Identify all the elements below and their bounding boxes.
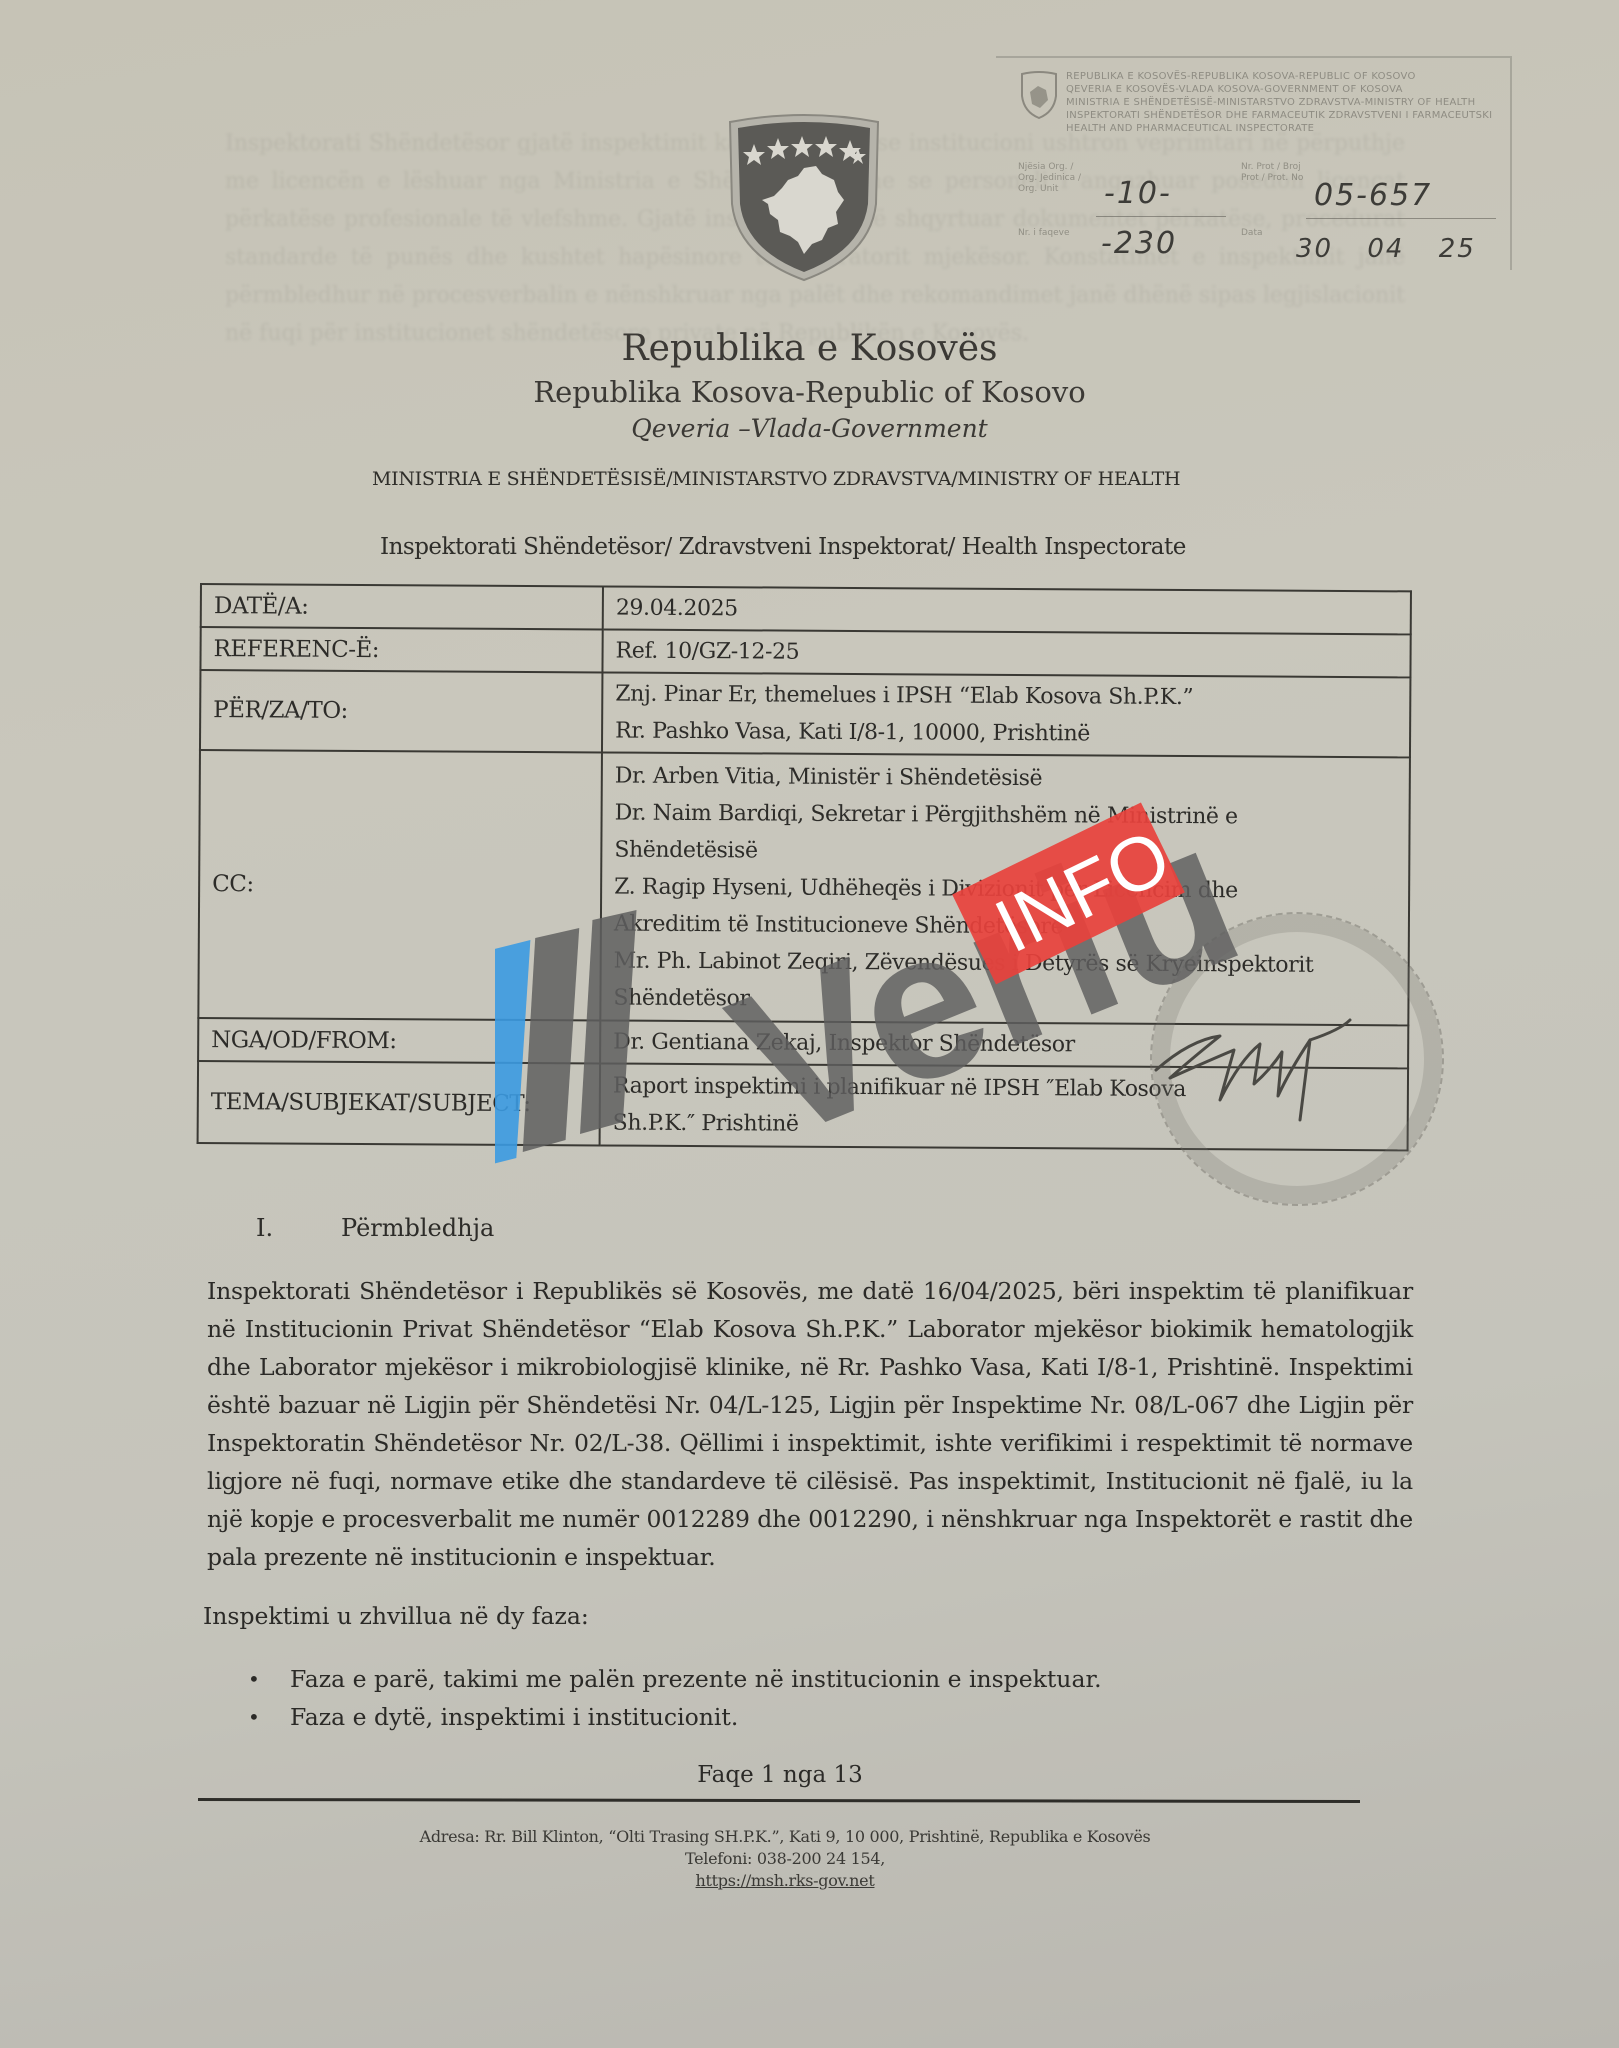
- label-pages: Nr. i faqeve: [1018, 228, 1070, 239]
- to-line: Rr. Pashko Vasa, Kati I/8-1, 10000, Pris…: [615, 713, 1397, 755]
- handwritten-pages: -230: [1101, 226, 1177, 261]
- list-item: Faza e dytë, inspektimi i institucionit.: [240, 1698, 1102, 1736]
- footer-website-link[interactable]: https://msh.rks-gov.net: [696, 1871, 875, 1890]
- table-row-to: PËR/ZA/TO: Znj. Pinar Er, themelues i IP…: [200, 670, 1410, 757]
- handwritten-date: 30 04 25: [1296, 234, 1476, 264]
- from-label: NGA/OD/FROM:: [198, 1018, 600, 1063]
- cc-label: CC:: [198, 750, 602, 1020]
- table-row-date: DATË/A: 29.04.2025: [201, 584, 1411, 634]
- section-heading: I.Përmbledhja: [256, 1214, 494, 1242]
- footer-phone: Telefoni: 038-200 24 154,: [0, 1848, 1570, 1870]
- handwritten-prot-no: 05-657: [1314, 178, 1432, 213]
- label-date: Data: [1241, 228, 1263, 239]
- scanned-document-page: Inspektorati Shëndetësor gjatë inspektim…: [0, 0, 1619, 2048]
- section-title: Përmbledhja: [341, 1214, 494, 1242]
- page-number: Faqe 1 nga 13: [0, 1762, 1560, 1788]
- phases-list: Faza e parë, takimi me palën prezente në…: [240, 1660, 1102, 1736]
- cc-line: Z. Ragip Hyseni, Udhëheqës i Divizionit …: [614, 868, 1396, 910]
- header-subtitle: Republika Kosova-Republic of Kosovo: [0, 375, 1619, 409]
- phases-lead: Inspektimi u zhvillua në dy faza:: [203, 1602, 589, 1630]
- footer: Adresa: Rr. Bill Klinton, “Olti Trasing …: [0, 1826, 1570, 1892]
- date-value: 29.04.2025: [603, 586, 1411, 634]
- date-label: DATË/A:: [201, 584, 603, 629]
- handwritten-org-unit: -10-: [1104, 176, 1172, 211]
- to-label: PËR/ZA/TO:: [200, 670, 602, 752]
- to-value: Znj. Pinar Er, themelues i IPSH “Elab Ko…: [602, 672, 1410, 757]
- kosovo-coat-of-arms-icon: [724, 108, 884, 284]
- list-item: Faza e parë, takimi me palën prezente në…: [240, 1660, 1102, 1698]
- handwritten-signature: [1150, 1000, 1380, 1130]
- header-inspectorate: Inspektorati Shëndetësor/ Zdravstveni In…: [380, 534, 1186, 560]
- summary-paragraph: Inspektorati Shëndetësor i Republikës së…: [207, 1272, 1413, 1576]
- subject-label: TEMA/SUBJEKAT/SUBJECT:: [198, 1061, 600, 1145]
- cc-line: Dr. Arben Vitia, Ministër i Shëndetësisë: [615, 757, 1397, 799]
- header-government: Qeveria –Vlada-Government: [0, 414, 1619, 443]
- reference-label: REFERENC-Ë:: [200, 627, 602, 672]
- footer-address: Adresa: Rr. Bill Klinton, “Olti Trasing …: [0, 1826, 1570, 1848]
- header-ministry: MINISTRIA E SHËNDETËSISË/MINISTARSTVO ZD…: [372, 468, 1180, 490]
- cc-line: Dr. Naim Bardiqi, Sekretar i Përgjithshë…: [614, 794, 1396, 836]
- stamp-line: [1096, 216, 1226, 217]
- mini-emblem-icon: [1018, 70, 1060, 120]
- label-org-unit: Njësia Org. / Org. Jedinica / Org. Unit: [1018, 162, 1088, 195]
- reference-value: Ref. 10/GZ-12-25: [602, 629, 1410, 677]
- header-title: Republika e Kosovës: [0, 328, 1619, 369]
- registry-stamp: REPUBLIKA E KOSOVËS-REPUBLIKA KOSOVA-REP…: [996, 56, 1512, 270]
- to-line: Znj. Pinar Er, themelues i IPSH “Elab Ko…: [615, 676, 1397, 718]
- cc-line: Shëndetësisë: [614, 831, 1396, 873]
- stamp-line: [1306, 218, 1496, 219]
- footer-divider: [198, 1798, 1360, 1803]
- label-prot-no: Nr. Prot / Broj Prot / Prot. No: [1241, 162, 1311, 184]
- section-number: I.: [256, 1214, 341, 1242]
- registry-stamp-header: REPUBLIKA E KOSOVËS-REPUBLIKA KOSOVA-REP…: [1066, 70, 1496, 135]
- table-row-reference: REFERENC-Ë: Ref. 10/GZ-12-25: [200, 627, 1410, 677]
